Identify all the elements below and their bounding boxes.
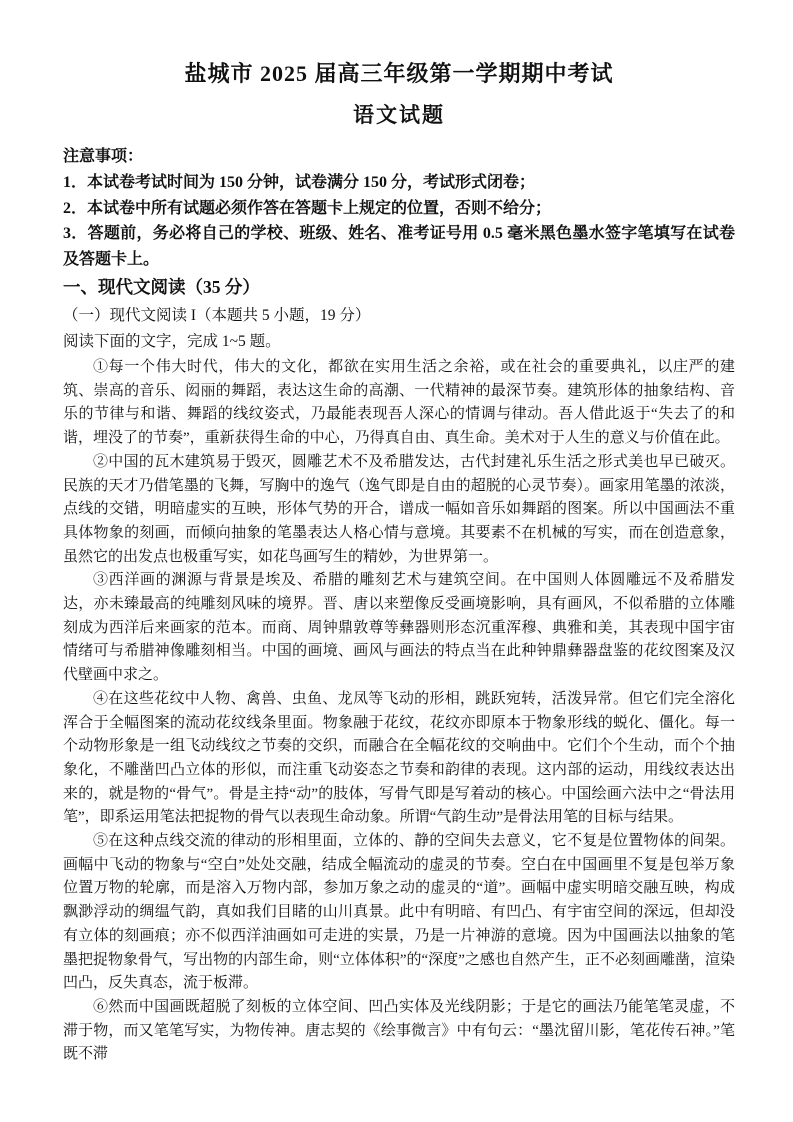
- passage-paragraph-5: ⑤在这种点线交流的律动的形相里面，立体的、静的空间失去意义，它不复是位置物体的间…: [63, 830, 735, 996]
- notice-block: 注意事项： 1．本试卷考试时间为 150 分钟，试卷满分 150 分，考试形式闭…: [63, 144, 735, 272]
- notice-item-1: 1．本试卷考试时间为 150 分钟，试卷满分 150 分，考试形式闭卷；: [63, 170, 735, 196]
- exam-paper-page: 盐城市 2025 届高三年级第一学期期中考试 语文试题 注意事项： 1．本试卷考…: [0, 0, 793, 1122]
- exam-subtitle: 语文试题: [63, 102, 735, 128]
- exam-title: 盐城市 2025 届高三年级第一学期期中考试: [63, 60, 735, 88]
- section-subheading: （一）现代文阅读 I（本题共 5 小题，19 分）: [63, 303, 735, 329]
- passage-paragraph-4: ④在这些花纹中人物、禽兽、虫鱼、龙凤等飞动的形相，跳跃宛转，活泼异常。但它们完全…: [63, 688, 735, 830]
- passage-paragraph-2: ②中国的瓦木建筑易于毁灭，圆雕艺术不及希腊发达，古代封建礼乐生活之形式美也早已破…: [63, 451, 735, 570]
- notice-item-2: 2．本试卷中所有试题必须作答在答题卡上规定的位置，否则不给分；: [63, 196, 735, 222]
- section-heading-modern-reading: 一、现代文阅读（35 分）: [63, 274, 735, 301]
- notice-item-3: 3．答题前，务必将自己的学校、班级、姓名、准考证号用 0.5 毫米黑色墨水签字笔…: [63, 221, 735, 272]
- reading-passage: ①每一个伟大时代，伟大的文化，都欲在实用生活之余裕，或在社会的重要典礼，以庄严的…: [63, 356, 735, 1067]
- passage-paragraph-6: ⑥然而中国画既超脱了刻板的立体空间、凹凸实体及光线阴影；于是它的画法乃能笔笔灵虚…: [63, 996, 735, 1067]
- passage-paragraph-3: ③西洋画的渊源与背景是埃及、希腊的雕刻艺术与建筑空间。在中国则人体圆雕远不及希腊…: [63, 569, 735, 688]
- reading-instruction: 阅读下面的文字，完成 1~5 题。: [63, 329, 735, 355]
- passage-paragraph-1: ①每一个伟大时代，伟大的文化，都欲在实用生活之余裕，或在社会的重要典礼，以庄严的…: [63, 356, 735, 451]
- notice-heading: 注意事项：: [63, 144, 735, 170]
